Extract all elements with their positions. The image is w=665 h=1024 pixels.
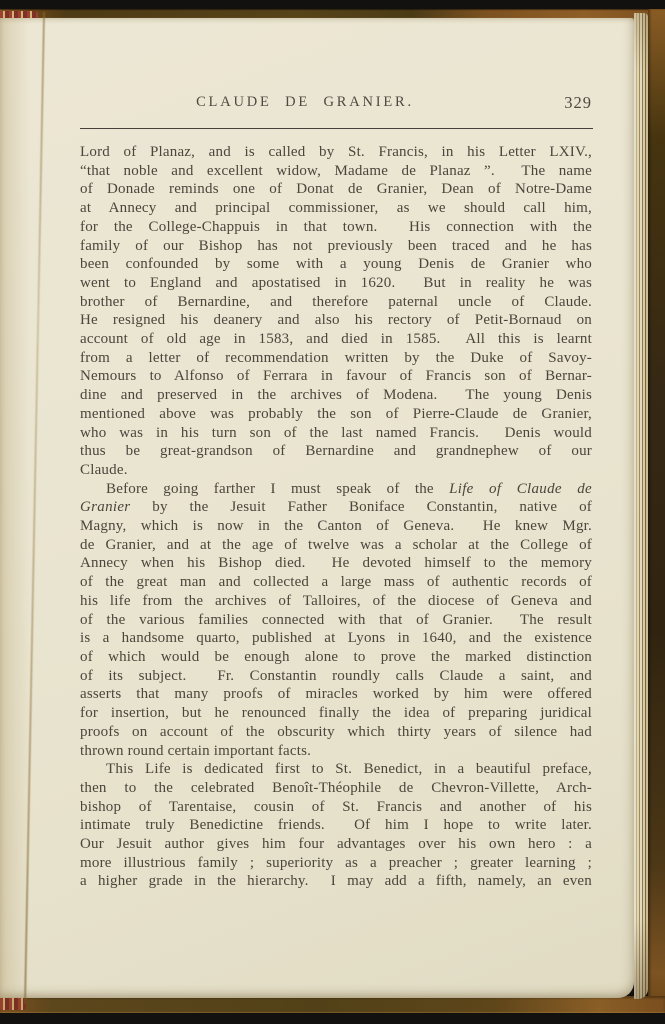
text-segment: by the Jesuit Father Boniface Constantin… — [130, 499, 592, 515]
text-segment: more illustrious family ; superiority as… — [80, 855, 592, 871]
text-segment: intimate truly Benedictine friends. Of h… — [80, 817, 592, 833]
text-segment: asserts that many proofs of miracles wor… — [80, 686, 592, 702]
text-line: Nemours to Alfonso of Ferrara in favour … — [80, 367, 592, 386]
text-line: “that noble and excellent widow, Madame … — [80, 162, 592, 181]
text-line: family of our Bishop has not previously … — [80, 237, 592, 256]
text-segment: Before going farther I must speak of the — [106, 481, 449, 497]
text-segment: then to the celebrated Benoît-Théophile … — [80, 780, 592, 796]
text-segment: This Life is dedicated first to St. Bene… — [106, 761, 592, 777]
page-number: 329 — [564, 93, 592, 113]
text-segment: of which would be enough alone to prove … — [80, 649, 592, 665]
text-segment: from a letter of recommendation written … — [80, 350, 592, 366]
text-line: This Life is dedicated first to St. Bene… — [80, 760, 592, 779]
text-line: of its subject. Fr. Constantin roundly c… — [80, 667, 592, 686]
text-segment: thrown round certain important facts. — [80, 743, 311, 759]
text-line: his life from the archives of Talloires,… — [80, 592, 592, 611]
text-segment: de Granier, and at the age of twelve was… — [80, 537, 592, 553]
text-segment: a higher grade in the hierarchy. I may a… — [80, 873, 592, 889]
text-segment: Nemours to Alfonso of Ferrara in favour … — [80, 368, 592, 384]
text-line: of which would be enough alone to prove … — [80, 648, 592, 667]
text-line: thrown round certain important facts. — [80, 742, 592, 761]
text-line: thus be great-grandson of Bernardine and… — [80, 442, 592, 461]
text-segment: for insertion, but he renounced finally … — [80, 705, 592, 721]
text-segment: Claude. — [80, 462, 128, 478]
text-line: went to England and apostatised in 1620.… — [80, 274, 592, 293]
text-segment: of the various families connected with t… — [80, 612, 592, 628]
headband-bottom — [0, 998, 26, 1010]
book-page: CLAUDE DE GRANIER. 329 Lord of Planaz, a… — [0, 18, 634, 998]
text-line: for insertion, but he renounced finally … — [80, 704, 592, 723]
paragraph: Before going farther I must speak of the… — [80, 480, 592, 761]
text-segment: brother of Bernardine, and therefore pat… — [80, 294, 592, 310]
text-line: mentioned above was probably the son of … — [80, 405, 592, 424]
running-header: CLAUDE DE GRANIER. 329 — [80, 94, 592, 113]
paragraph: Lord of Planaz, and is called by St. Fra… — [80, 143, 592, 480]
text-segment: Magny, which is now in the Canton of Gen… — [80, 518, 592, 534]
text-segment: thus be great-grandson of Bernardine and… — [80, 443, 592, 459]
text-line: for the College-Chappuis in that town. H… — [80, 218, 592, 237]
text-line: of the various families connected with t… — [80, 611, 592, 630]
text-segment: mentioned above was probably the son of … — [80, 406, 592, 422]
text-segment: of Donade reminds one of Donat de Granie… — [80, 181, 592, 197]
text-line: Granier by the Jesuit Father Boniface Co… — [80, 498, 592, 517]
paragraph: This Life is dedicated first to St. Bene… — [80, 760, 592, 891]
text-segment: went to England and apostatised in 1620.… — [80, 275, 592, 291]
text-line: intimate truly Benedictine friends. Of h… — [80, 816, 592, 835]
text-segment: He resigned his deanery and also his rec… — [80, 312, 592, 328]
text-line: Claude. — [80, 461, 592, 480]
text-line: Our Jesuit author gives him four advanta… — [80, 835, 592, 854]
text-segment: Annecy when his Bishop died. He devoted … — [80, 555, 592, 571]
text-line: from a letter of recommendation written … — [80, 349, 592, 368]
text-line: Annecy when his Bishop died. He devoted … — [80, 554, 592, 573]
text-line: a higher grade in the hierarchy. I may a… — [80, 872, 592, 891]
book-photo: CLAUDE DE GRANIER. 329 Lord of Planaz, a… — [0, 0, 665, 1024]
printed-content: CLAUDE DE GRANIER. 329 Lord of Planaz, a… — [80, 94, 592, 891]
text-line: been confounded by some with a young Den… — [80, 255, 592, 274]
text-block: Lord of Planaz, and is called by St. Fra… — [80, 143, 592, 891]
text-line: at Annecy and principal commissioner, as… — [80, 199, 592, 218]
text-line: proofs on account of the obscurity which… — [80, 723, 592, 742]
text-segment: bishop of Tarentaise, cousin of St. Fran… — [80, 799, 592, 815]
text-line: Lord of Planaz, and is called by St. Fra… — [80, 143, 592, 162]
text-line: He resigned his deanery and also his rec… — [80, 311, 592, 330]
text-segment: proofs on account of the obscurity which… — [80, 724, 592, 740]
text-segment: of its subject. Fr. Constantin roundly c… — [80, 668, 592, 684]
text-segment: at Annecy and principal commissioner, as… — [80, 200, 592, 216]
text-line: bishop of Tarentaise, cousin of St. Fran… — [80, 798, 592, 817]
text-line: account of old age in 1583, and died in … — [80, 330, 592, 349]
text-line: who was in his turn son of the last name… — [80, 424, 592, 443]
text-segment: been confounded by some with a young Den… — [80, 256, 592, 272]
text-line: of the great man and collected a large m… — [80, 573, 592, 592]
text-segment: Lord of Planaz, and is called by St. Fra… — [80, 144, 592, 160]
italic-text-segment: Granier — [80, 499, 130, 515]
book-cover-right-edge — [648, 9, 665, 1013]
text-segment: his life from the archives of Talloires,… — [80, 593, 592, 609]
text-line: is a handsome quarto, published at Lyons… — [80, 629, 592, 648]
text-line: asserts that many proofs of miracles wor… — [80, 685, 592, 704]
text-line: brother of Bernardine, and therefore pat… — [80, 293, 592, 312]
text-segment: “that noble and excellent widow, Madame … — [80, 163, 592, 179]
text-segment: for the College-Chappuis in that town. H… — [80, 219, 592, 235]
text-line: Magny, which is now in the Canton of Gen… — [80, 517, 592, 536]
text-line: of Donade reminds one of Donat de Granie… — [80, 180, 592, 199]
text-line: more illustrious family ; superiority as… — [80, 854, 592, 873]
screenshot-root: { "header": { "title": "CLAUDE DE GRANIE… — [0, 0, 665, 1024]
text-segment: who was in his turn son of the last name… — [80, 425, 592, 441]
gutter-shadow — [0, 18, 30, 998]
page-edge-stack — [634, 13, 648, 999]
text-segment: dine and preserved in the archives of Mo… — [80, 387, 592, 403]
italic-text-segment: Life of Claude de — [449, 481, 592, 497]
text-segment: is a handsome quarto, published at Lyons… — [80, 630, 592, 646]
text-segment: family of our Bishop has not previously … — [80, 238, 592, 254]
text-segment: Our Jesuit author gives him four advanta… — [80, 836, 592, 852]
text-line: Before going farther I must speak of the… — [80, 480, 592, 499]
book-cover-bottom-edge — [0, 996, 665, 1013]
header-rule — [80, 128, 593, 129]
text-segment: of the great man and collected a large m… — [80, 574, 592, 590]
text-line: then to the celebrated Benoît-Théophile … — [80, 779, 592, 798]
text-segment: account of old age in 1583, and died in … — [80, 331, 592, 347]
text-line: de Granier, and at the age of twelve was… — [80, 536, 592, 555]
running-header-title: CLAUDE DE GRANIER. — [196, 94, 414, 111]
text-line: dine and preserved in the archives of Mo… — [80, 386, 592, 405]
